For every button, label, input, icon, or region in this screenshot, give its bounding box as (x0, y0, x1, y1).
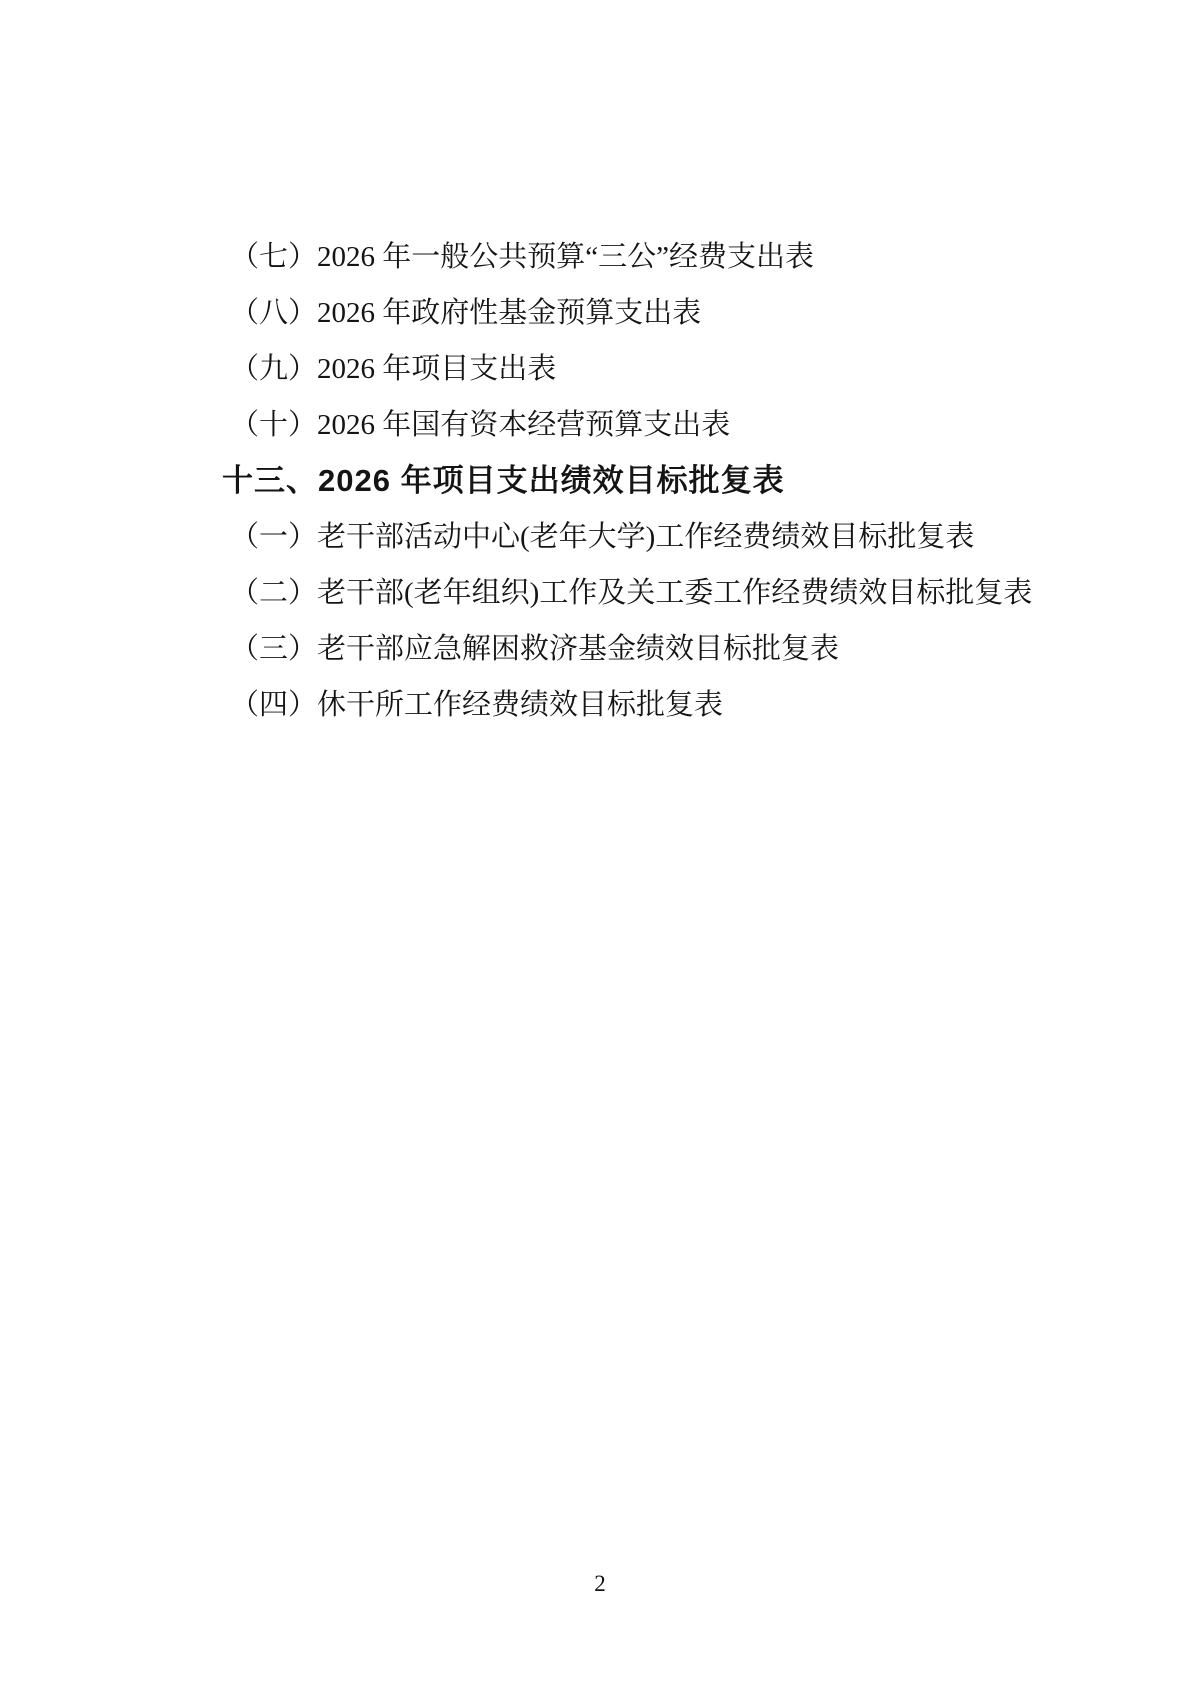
toc-section: （七）2026 年一般公共预算“三公”经费支出表 （八）2026 年政府性基金预… (0, 229, 1200, 733)
page-number: 2 (0, 1568, 1200, 1600)
toc-item-7: （七）2026 年一般公共预算“三公”经费支出表 (0, 229, 1200, 285)
toc-item-9: （九）2026 年项目支出表 (0, 341, 1200, 397)
toc-item-8: （八）2026 年政府性基金预算支出表 (0, 285, 1200, 341)
toc-item-13-1: （一）老干部活动中心(老年大学)工作经费绩效目标批复表 (0, 509, 1200, 565)
toc-item-13-3: （三）老干部应急解困救济基金绩效目标批复表 (0, 621, 1200, 677)
toc-item-13-2: （二）老干部(老年组织)工作及关工委工作经费绩效目标批复表 (0, 565, 1200, 621)
document-page: （七）2026 年一般公共预算“三公”经费支出表 （八）2026 年政府性基金预… (0, 0, 1200, 1697)
toc-item-13-4: （四）休干所工作经费绩效目标批复表 (0, 677, 1200, 733)
toc-heading-13: 十三、2026 年项目支出绩效目标批复表 (0, 453, 1200, 509)
toc-item-10: （十）2026 年国有资本经营预算支出表 (0, 397, 1200, 453)
